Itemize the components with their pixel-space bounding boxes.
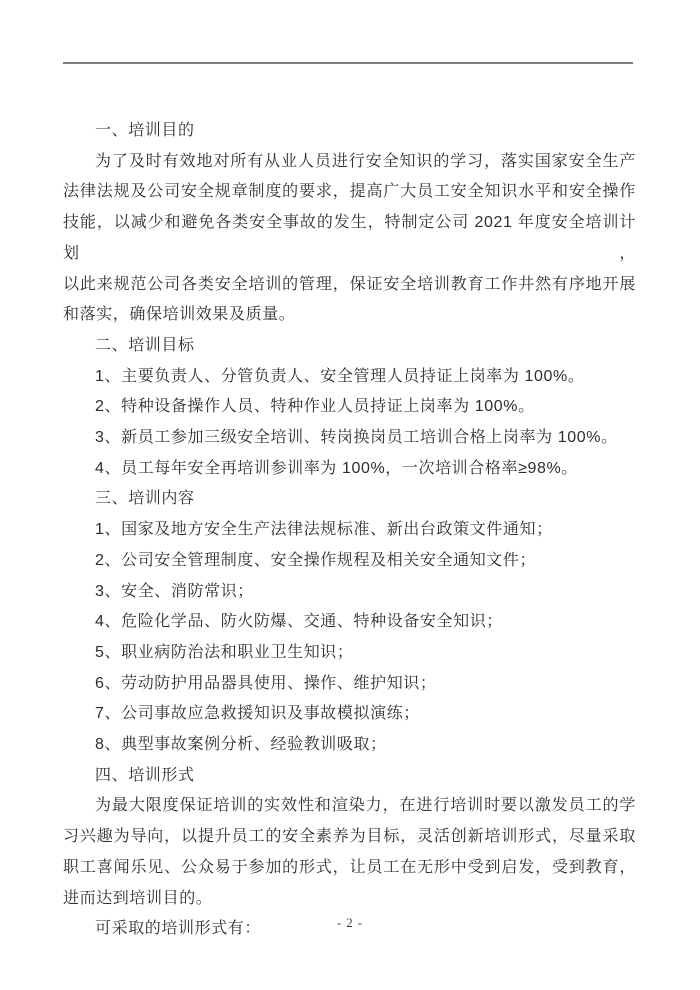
list-item: 6、劳动防护用品器具使用、操作、维护知识； [63, 669, 636, 700]
document-body: 一、培训目的 为了及时有效地对所有从业人员进行安全知识的学习，落实国家安全生产 … [63, 116, 636, 945]
list-item: 7、公司事故应急救援知识及事故模拟演练； [63, 699, 636, 730]
section-heading-3: 三、培训内容 [63, 484, 636, 515]
paragraph-line: 为了及时有效地对所有从业人员进行安全知识的学习，落实国家安全生产 [63, 147, 636, 178]
list-item: 4、员工每年安全再培训参训率为 100%，一次培训合格率≥98%。 [63, 454, 636, 485]
section-heading-4: 四、培训形式 [63, 761, 636, 792]
list-item: 1、主要负责人、分管负责人、安全管理人员持证上岗率为 100%。 [63, 362, 636, 393]
paragraph-line: 以此来规范公司各类安全培训的管理，保证安全培训教育工作井然有序地开展 [63, 270, 636, 301]
list-item: 3、新员工参加三级安全培训、转岗换岗员工培训合格上岗率为 100%。 [63, 423, 636, 454]
document-page: 一、培训目的 为了及时有效地对所有从业人员进行安全知识的学习，落实国家安全生产 … [0, 0, 700, 990]
list-item: 1、国家及地方安全生产法律法规标准、新出台政策文件通知； [63, 515, 636, 546]
header-rule [63, 62, 633, 64]
paragraph-line: 习兴趣为导向，以提升员工的安全素养为目标，灵活创新培训形式，尽量采取 [63, 822, 636, 853]
paragraph-line: 技能，以减少和避免各类安全事故的发生，特制定公司 2021 年度安全培训计划， [63, 208, 636, 269]
section-heading-1: 一、培训目的 [63, 116, 636, 147]
list-item: 2、公司安全管理制度、安全操作规程及相关安全通知文件； [63, 546, 636, 577]
list-item: 3、安全、消防常识； [63, 577, 636, 608]
page-number: - 2 - [0, 914, 700, 932]
list-item: 2、特种设备操作人员、特种作业人员持证上岗率为 100%。 [63, 392, 636, 423]
list-item: 4、危险化学品、防火防爆、交通、特种设备安全知识； [63, 607, 636, 638]
section-heading-2: 二、培训目标 [63, 331, 636, 362]
list-item: 8、典型事故案例分析、经验教训吸取； [63, 730, 636, 761]
paragraph-line: 为最大限度保证培训的实效性和渲染力，在进行培训时要以激发员工的学 [63, 791, 636, 822]
paragraph-line: 法律法规及公司安全规章制度的要求，提高广大员工安全知识水平和安全操作 [63, 177, 636, 208]
paragraph-line: 职工喜闻乐见、公众易于参加的形式，让员工在无形中受到启发，受到教育， [63, 853, 636, 884]
list-item: 5、职业病防治法和职业卫生知识； [63, 638, 636, 669]
paragraph-line: 和落实，确保培训效果及质量。 [63, 300, 636, 331]
paragraph-line: 进而达到培训目的。 [63, 884, 636, 915]
